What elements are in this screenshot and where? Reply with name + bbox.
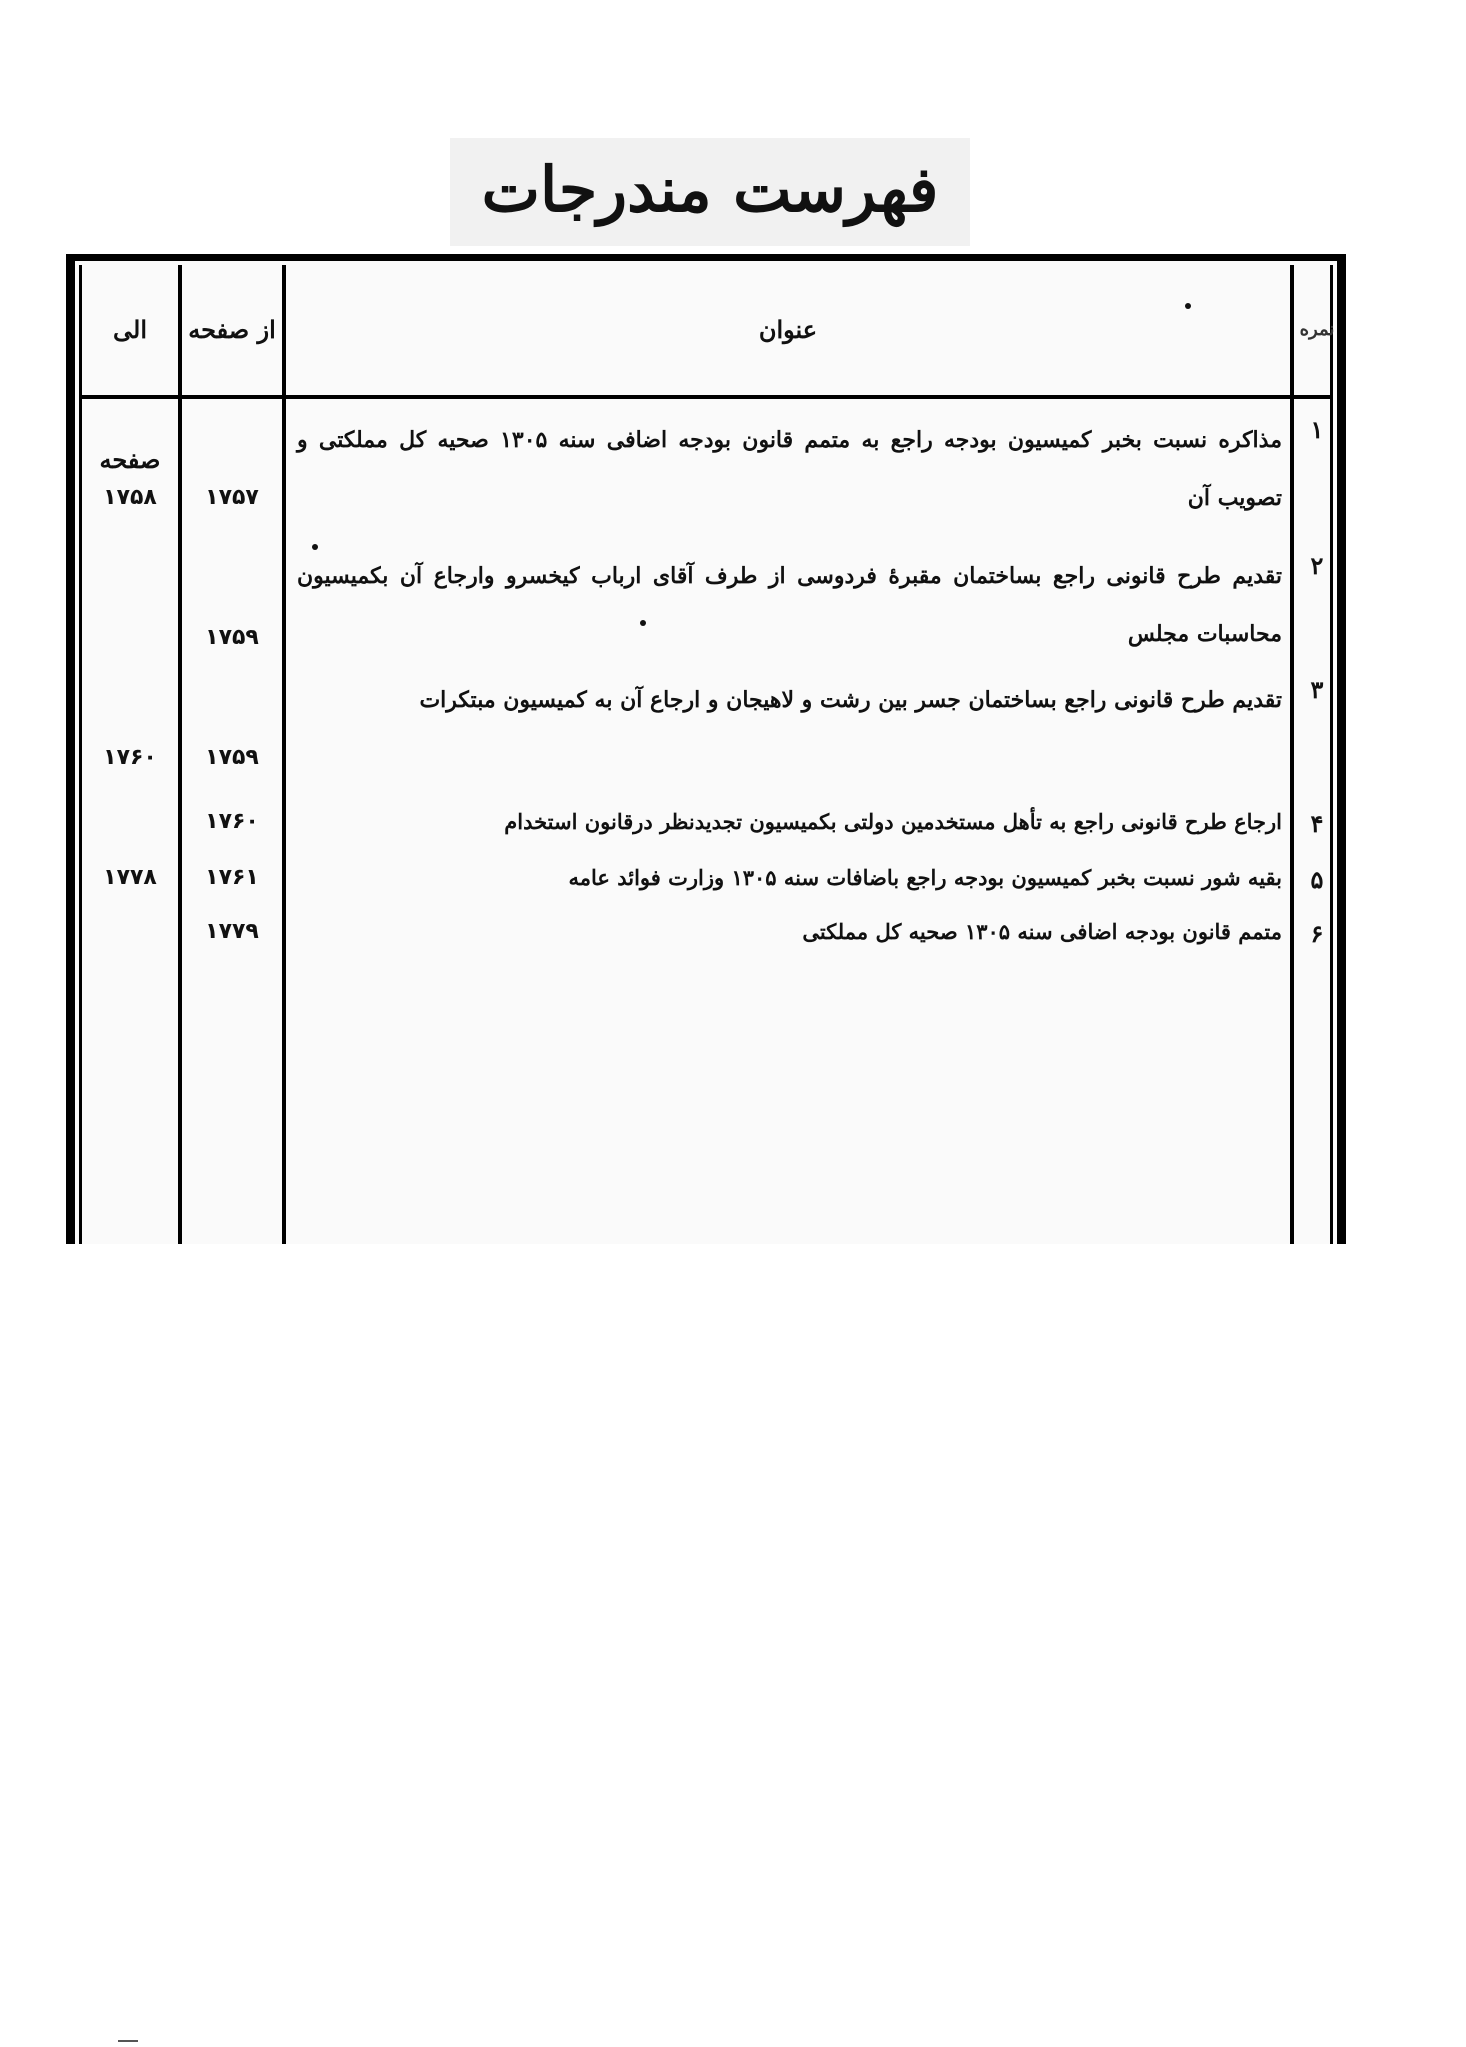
row-from-page: ۱۷۵۹: [182, 625, 282, 650]
header-title: عنوان: [286, 265, 1290, 395]
scan-speck: [1185, 303, 1191, 309]
row-to-page: ۱۷۷۸: [82, 865, 178, 890]
row-number: ۶: [1297, 919, 1337, 948]
row-from-page: ۱۷۷۹: [182, 919, 282, 944]
header-to-page: الی صفحه: [82, 265, 178, 395]
header-from-page: از صفحه: [182, 265, 282, 395]
row-title: ارجاع طرح قانونی راجع به تأهل مستخدمین د…: [297, 793, 1282, 851]
row-title: بقیه شور نسبت بخبر کمیسیون بودجه راجع با…: [297, 849, 1282, 907]
row-to-page: ۱۷۶۰: [82, 745, 178, 770]
page-title: فهرست مندرجات: [440, 140, 980, 240]
row-number: ۳: [1297, 675, 1337, 704]
row-title: مذاکره نسبت بخبر کمیسیون بودجه راجع به م…: [297, 411, 1282, 527]
row-number: ۱: [1297, 415, 1337, 444]
scan-speck: [640, 620, 646, 626]
divider-from-title: [282, 265, 286, 1244]
row-to-page: ۱۷۵۸: [82, 485, 178, 510]
table-inner-frame: الی صفحه از صفحه عنوان نمره ۱ مذاکره نسب…: [79, 265, 1333, 1244]
header-rule: [82, 395, 1330, 399]
divider-title-number: [1290, 265, 1294, 1244]
row-number: ۵: [1297, 865, 1337, 894]
header-number: نمره: [1294, 265, 1340, 395]
row-from-page: ۱۷۵۷: [182, 485, 282, 510]
row-title: تقدیم طرح قانونی راجع بساختمان جسر بین ر…: [297, 671, 1282, 729]
contents-table: الی صفحه از صفحه عنوان نمره ۱ مذاکره نسب…: [66, 254, 1346, 1244]
row-number: ۴: [1297, 809, 1337, 838]
row-title: متمم قانون بودجه اضافی سنه ۱۳۰۵ صحیه کل …: [297, 903, 1282, 961]
scan-speck: [312, 544, 318, 550]
row-title: تقدیم طرح قانونی راجع بساختمان مقبرهٔ فر…: [297, 547, 1282, 663]
row-from-page: ۱۷۶۰: [182, 809, 282, 834]
row-from-page: ۱۷۶۱: [182, 865, 282, 890]
scan-mark: [118, 2040, 138, 2042]
row-from-page: ۱۷۵۹: [182, 745, 282, 770]
row-number: ۲: [1297, 551, 1337, 580]
